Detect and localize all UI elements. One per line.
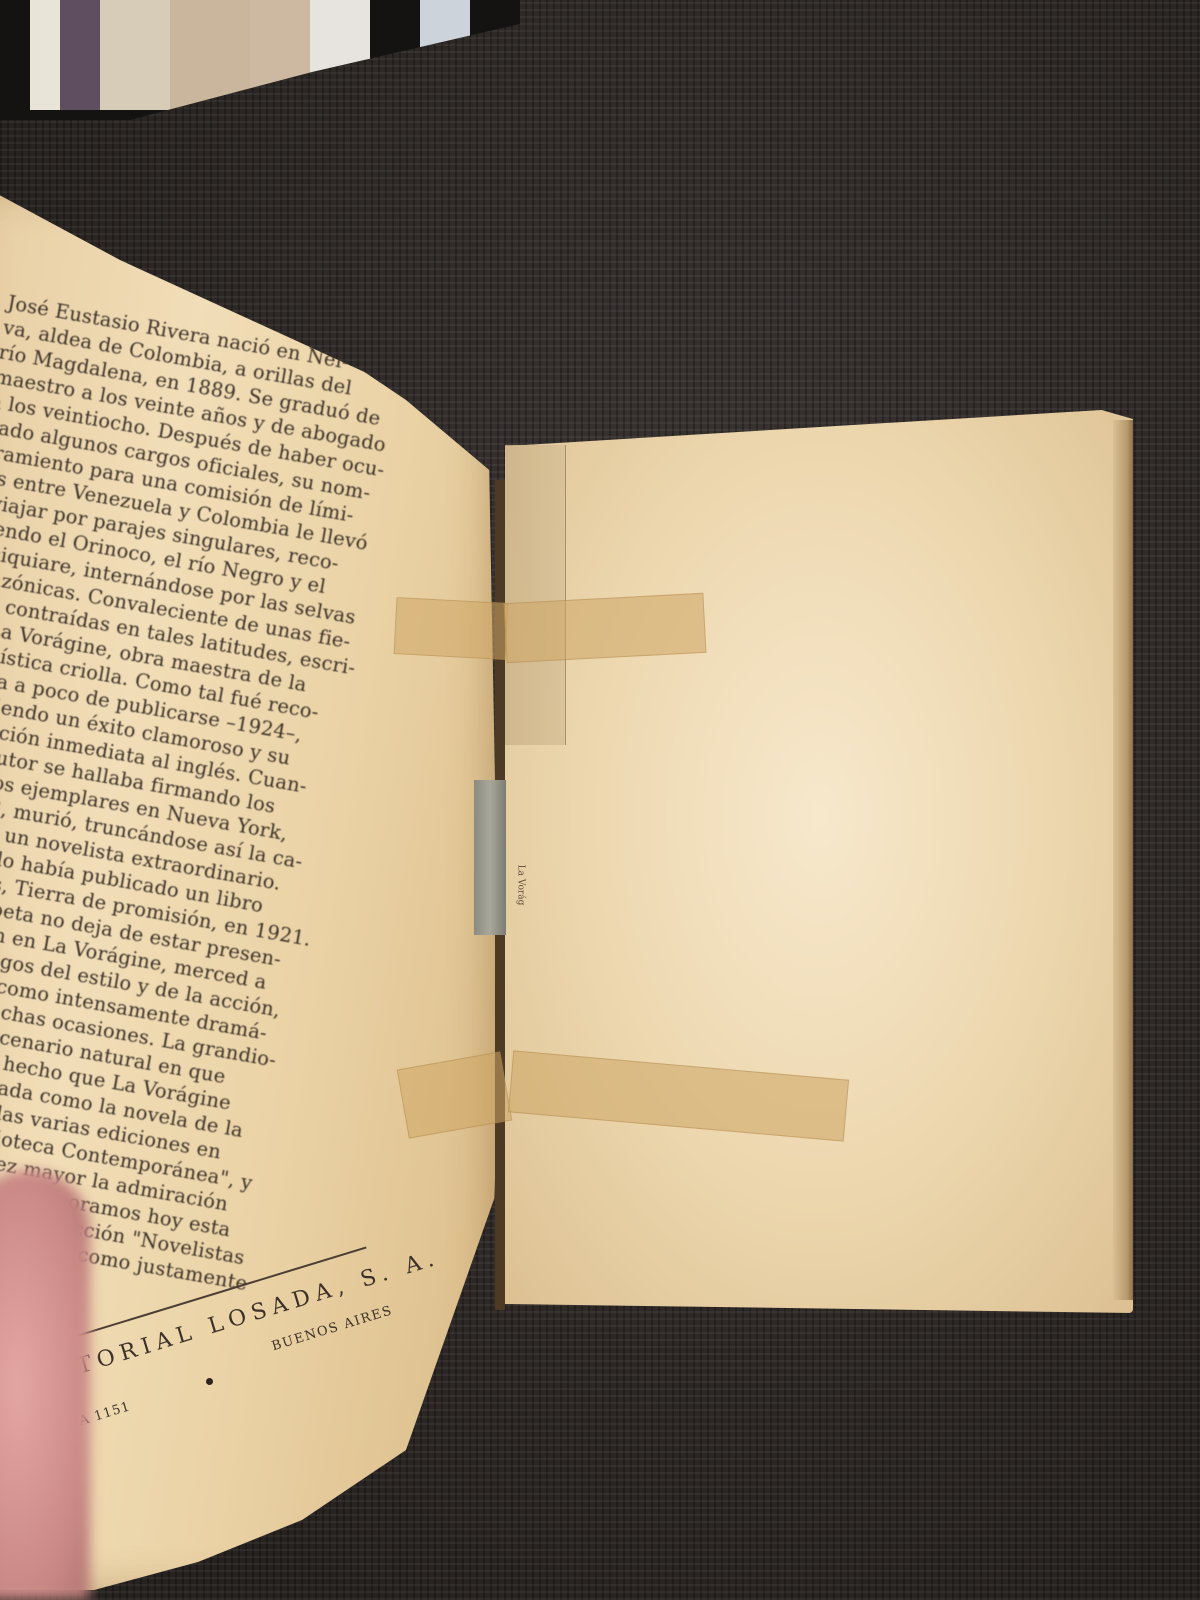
spine-reinforcement-strip <box>505 445 566 745</box>
blank-endpaper <box>505 410 1133 1313</box>
book-spine <box>60 0 100 110</box>
thumb-finger <box>0 1170 90 1600</box>
book-spine <box>100 0 170 110</box>
bullet-dot <box>206 1378 213 1385</box>
tape-strip-upper-left <box>394 597 509 660</box>
page-edges <box>1113 420 1133 1300</box>
gray-repair-tape <box>474 780 506 935</box>
tape-strip-upper-right <box>504 593 707 663</box>
spine-title-text: La Vorág <box>515 865 525 906</box>
